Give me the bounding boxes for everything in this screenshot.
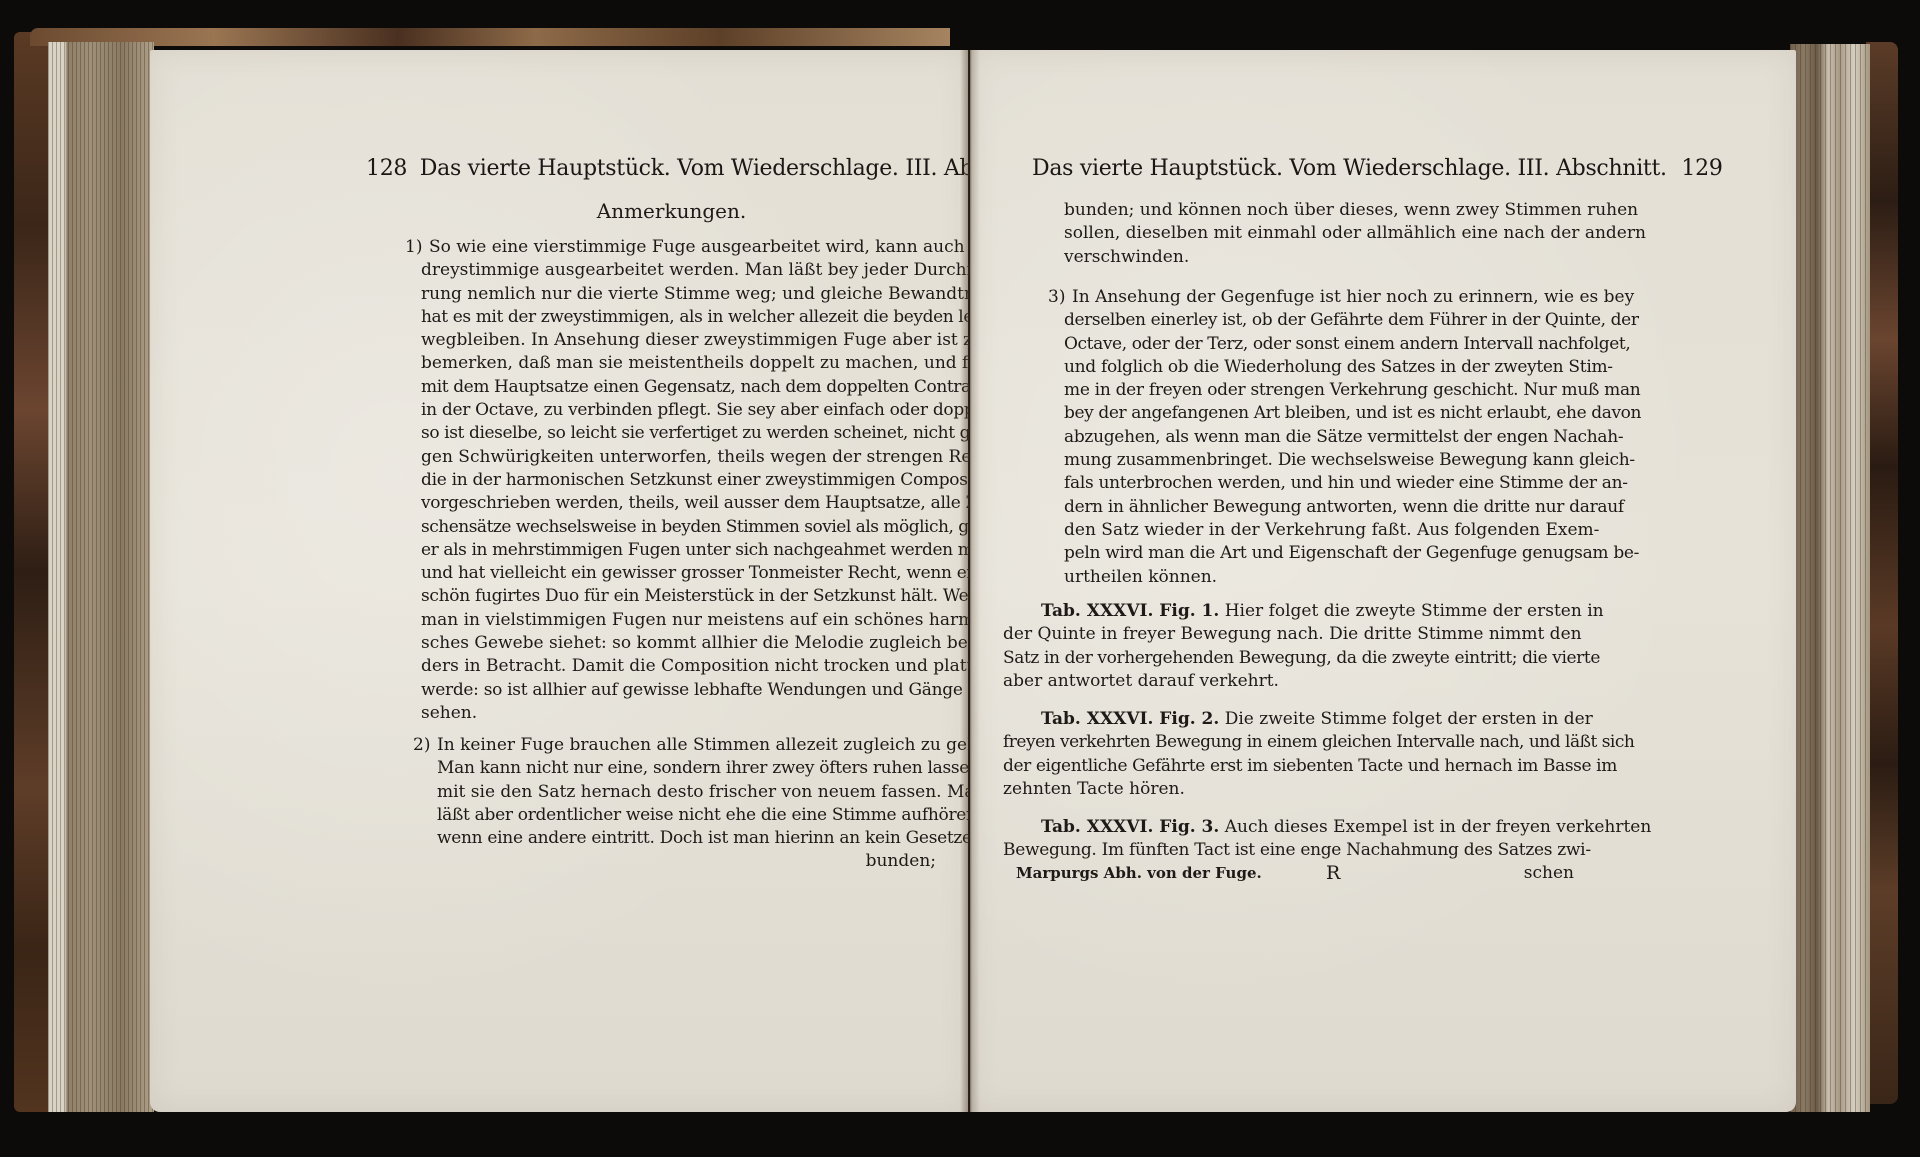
book-cover-top-edge xyxy=(30,28,950,46)
text-line: die in der harmonischen Setzkunst einer … xyxy=(421,469,935,492)
figure-note-first-line: Tab. XXXVI. Fig. 1. Hier folget die zwey… xyxy=(1003,600,1574,623)
book-gutter-shadow xyxy=(960,50,980,1112)
paragraph-2: 2) In keiner Fuge brauchen alle Stimmen … xyxy=(413,734,936,874)
text-line: verschwinden. xyxy=(1064,246,1574,269)
book-cover-right xyxy=(1866,42,1898,1104)
text-line: Satz in der vorhergehenden Bewegung, da … xyxy=(1003,647,1574,670)
text-line: dern in ähnlicher Bewegung antworten, we… xyxy=(1064,496,1574,519)
text-line: peln wird man die Art und Eigenschaft de… xyxy=(1064,542,1574,565)
text-line: Bewegung. Im fünften Tact ist eine enge … xyxy=(1003,839,1574,862)
text-line: schön fugirtes Duo für ein Meisterstück … xyxy=(421,585,935,608)
text-line: er als in mehrstimmigen Fugen unter sich… xyxy=(421,539,935,562)
page-edges-left xyxy=(48,42,154,1112)
text-line: freyen verkehrten Bewegung in einem glei… xyxy=(1003,731,1574,754)
left-running-head: 128 Das vierte Hauptstück. Vom Wiedersch… xyxy=(366,156,910,182)
figure-label: Tab. XXXVI. Fig. 3. xyxy=(1041,817,1219,837)
text-line: hat es mit der zweystimmigen, als in wel… xyxy=(421,306,935,329)
signature-title: Marpurgs Abh. von der Fuge. xyxy=(1016,862,1262,885)
text-line: man in vielstimmigen Fugen nur meistens … xyxy=(421,609,935,632)
text-line: So wie eine vierstimmige Fuge ausgearbei… xyxy=(429,236,935,259)
figure-label: Tab. XXXVI. Fig. 2. xyxy=(1041,709,1219,729)
text-line: wegbleiben. In Ansehung dieser zweystimm… xyxy=(421,329,935,352)
figure-note-1: Tab. XXXVI. Fig. 1. Hier folget die zwey… xyxy=(1003,600,1574,693)
signature-mark: R xyxy=(1326,862,1340,885)
text-line: Auch dieses Exempel ist in der freyen ve… xyxy=(1225,817,1652,837)
figure-note-first-line: Tab. XXXVI. Fig. 3. Auch dieses Exempel … xyxy=(1003,816,1574,839)
text-line: bey der angefangenen Art bleiben, und is… xyxy=(1064,402,1574,425)
text-line: und folglich ob die Wiederholung des Sat… xyxy=(1064,356,1574,379)
text-line: läßt aber ordentlicher weise nicht ehe d… xyxy=(437,804,936,827)
text-line: derselben einerley ist, ob der Gefährte … xyxy=(1064,309,1574,332)
right-page-number: 129 xyxy=(1681,156,1722,181)
text-line: fals unterbrochen werden, und hin und wi… xyxy=(1064,472,1574,495)
text-line: sehen. xyxy=(421,702,935,725)
text-line: Hier folget die zweyte Stimme der ersten… xyxy=(1225,601,1604,621)
text-line: sches Gewebe siehet: so kommt allhier di… xyxy=(421,632,935,655)
right-running-head-text: Das vierte Hauptstück. Vom Wiederschlage… xyxy=(1032,156,1667,181)
text-line: in der Octave, zu verbinden pflegt. Sie … xyxy=(421,399,935,422)
text-line: der eigentliche Gefährte erst im siebent… xyxy=(1003,755,1574,778)
text-line: me in der freyen oder strengen Verkehrun… xyxy=(1064,379,1574,402)
text-line: wenn eine andere eintritt. Doch ist man … xyxy=(437,827,936,850)
paragraph-number: 1) xyxy=(405,236,422,259)
text-line: dreystimmige ausgearbeitet werden. Man l… xyxy=(421,259,935,282)
text-line: mit dem Hauptsatze einen Gegensatz, nach… xyxy=(421,376,935,399)
page-edges-right xyxy=(1790,44,1870,1112)
text-line: schensätze wechselsweise in beyden Stimm… xyxy=(421,516,935,539)
text-line: Die zweite Stimme folget der ersten in d… xyxy=(1225,709,1593,729)
text-line: sollen, dieselben mit einmahl oder allmä… xyxy=(1064,222,1574,245)
text-line: der Quinte in freyer Bewegung nach. Die … xyxy=(1003,623,1574,646)
text-line: bunden; und können noch über dieses, wen… xyxy=(1064,199,1574,222)
text-line: gen Schwürigkeiten unterworfen, theils w… xyxy=(421,446,935,469)
text-line: zehnten Tacte hören. xyxy=(1003,778,1574,801)
text-line: abzugehen, als wenn man die Sätze vermit… xyxy=(1064,426,1574,449)
catchword: schen xyxy=(1524,862,1574,885)
figure-note-2: Tab. XXXVI. Fig. 2. Die zweite Stimme fo… xyxy=(1003,708,1574,801)
text-line: Man kann nicht nur eine, sondern ihrer z… xyxy=(437,757,936,780)
paragraph-number: 2) xyxy=(413,734,430,757)
text-line: bemerken, daß man sie meistentheils dopp… xyxy=(421,352,935,375)
text-line: mit sie den Satz hernach desto frischer … xyxy=(437,781,936,804)
text-line: In Ansehung der Gegenfuge ist hier noch … xyxy=(1072,286,1574,309)
section-heading: Anmerkungen. xyxy=(408,200,935,223)
figure-label: Tab. XXXVI. Fig. 1. xyxy=(1041,601,1219,621)
text-line: In keiner Fuge brauchen alle Stimmen all… xyxy=(437,734,936,757)
text-line: werde: so ist allhier auf gewisse lebhaf… xyxy=(421,679,935,702)
text-line: vorgeschrieben werden, theils, weil auss… xyxy=(421,492,935,515)
text-line: mung zusammenbringet. Die wechselsweise … xyxy=(1064,449,1574,472)
text-line: und hat vielleicht ein gewisser grosser … xyxy=(421,562,935,585)
text-line: Octave, oder der Terz, oder sonst einem … xyxy=(1064,333,1574,356)
text-line: so ist dieselbe, so leicht sie verfertig… xyxy=(421,422,935,445)
left-page-number: 128 xyxy=(366,156,407,181)
figure-note-first-line: Tab. XXXVI. Fig. 2. Die zweite Stimme fo… xyxy=(1003,708,1574,731)
figure-note-3: Tab. XXXVI. Fig. 3. Auch dieses Exempel … xyxy=(1003,816,1574,863)
text-line: rung nemlich nur die vierte Stimme weg; … xyxy=(421,283,935,306)
text-line: bunden; xyxy=(437,850,936,873)
text-line: ders in Betracht. Damit die Composition … xyxy=(421,655,935,678)
paragraph-1: 1) So wie eine vierstimmige Fuge ausgear… xyxy=(405,236,935,725)
text-line: den Satz wieder in der Verkehrung faßt. … xyxy=(1064,519,1574,542)
right-running-head: Das vierte Hauptstück. Vom Wiederschlage… xyxy=(1032,156,1577,182)
paragraph-3: 3) In Ansehung der Gegenfuge ist hier no… xyxy=(1048,286,1574,589)
text-line: urtheilen können. xyxy=(1064,566,1574,589)
page-footer: Marpurgs Abh. von der Fuge. R schen xyxy=(1016,862,1574,886)
paragraph-number: 3) xyxy=(1048,286,1065,309)
text-line: aber antwortet darauf verkehrt. xyxy=(1003,670,1574,693)
continuation-text: bunden; und können noch über dieses, wen… xyxy=(1064,199,1574,269)
